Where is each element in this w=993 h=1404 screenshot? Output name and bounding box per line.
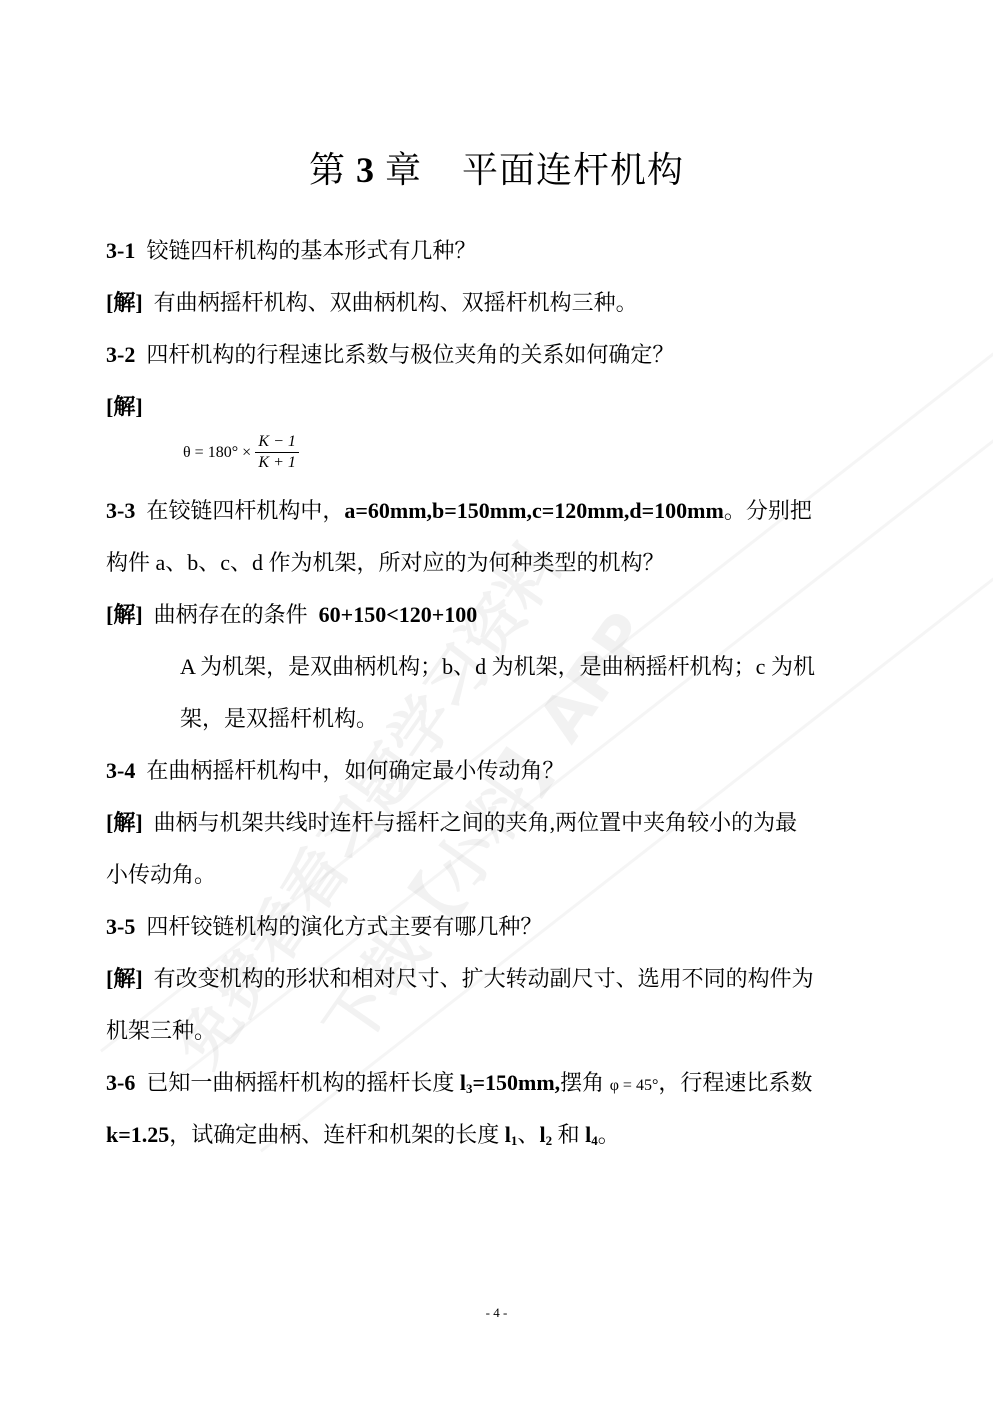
question-3-6: 3-6 已知一曲柄摇杆机构的摇杆长度 l3=150mm,摆角 φ = 45°，行… bbox=[106, 1068, 812, 1104]
formula-fraction: K − 1 K + 1 bbox=[255, 432, 299, 473]
question-label: 3-3 bbox=[106, 498, 135, 523]
answer-text: A 为机架，是双曲柄机构；b、d 为机架，是曲柄摇杆机构；c 为机 bbox=[180, 654, 815, 679]
conjunction: 和 bbox=[558, 1122, 580, 1147]
answer-3-3: [解] 曲柄存在的条件 60+150<120+100 bbox=[106, 600, 477, 630]
answer-text: 机架三种。 bbox=[106, 1018, 216, 1043]
answer-3-5: [解] 有改变机构的形状和相对尺寸、扩大转动副尺寸、选用不同的构件为 bbox=[106, 964, 814, 994]
answer-label: [解] bbox=[106, 394, 143, 419]
answer-text: 曲柄存在的条件 bbox=[154, 602, 308, 627]
chapter-number: 3 bbox=[356, 150, 375, 190]
question-label: 3-1 bbox=[106, 238, 135, 263]
question-label: 3-6 bbox=[106, 1070, 135, 1095]
answer-3-3-line2: A 为机架，是双曲柄机构；b、d 为机架，是曲柄摇杆机构；c 为机 bbox=[180, 652, 815, 682]
formula-times: × bbox=[242, 444, 251, 462]
question-text: ，试确定曲柄、连杆和机架的长度 bbox=[169, 1122, 499, 1147]
answer-3-5-line2: 机架三种。 bbox=[106, 1016, 216, 1046]
question-3-4: 3-4 在曲柄摇杆机构中，如何确定最小传动角？ bbox=[106, 756, 564, 786]
answer-3-4-line2: 小传动角。 bbox=[106, 860, 216, 890]
answer-text: 架，是双摇杆机构。 bbox=[180, 706, 378, 731]
question-3-2: 3-2 四杆机构的行程速比系数与极位夹角的关系如何确定？ bbox=[106, 340, 674, 370]
answer-3-1: [解] 有曲柄摇杆机构、双曲柄机构、双摇杆机构三种。 bbox=[106, 288, 638, 318]
answer-text: 曲柄与机架共线时连杆与摇杆之间的夹角,两位置中夹角较小的为最 bbox=[154, 810, 798, 835]
answer-label: [解] bbox=[106, 966, 143, 991]
question-3-6-line2: k=1.25，试确定曲柄、连杆和机架的长度 l1、l2 和 l4。 bbox=[106, 1120, 620, 1156]
question-3-1: 3-1 铰链四杆机构的基本形式有几种？ bbox=[106, 236, 476, 266]
document-page: 免费看看习题学习资料 下载【小料】APP 第 3 章 平面连杆机构 3-1 铰链… bbox=[0, 0, 993, 1404]
answer-text: 有改变机构的形状和相对尺寸、扩大转动副尺寸、选用不同的构件为 bbox=[154, 966, 814, 991]
answer-3-2: [解] bbox=[106, 392, 143, 422]
var-l1: l1 bbox=[505, 1122, 518, 1147]
formula-lhs: θ = 180° bbox=[183, 444, 238, 462]
chapter-name: 平面连杆机构 bbox=[462, 150, 684, 190]
phi-value: φ = 45° bbox=[610, 1077, 659, 1094]
title-prefix: 第 bbox=[309, 150, 346, 190]
k-value: k=1.25 bbox=[106, 1122, 169, 1147]
question-text: 四杆铰链机构的演化方式主要有哪几种？ bbox=[146, 914, 542, 939]
page-number: - 4 - bbox=[0, 1305, 993, 1321]
separator: 、 bbox=[517, 1122, 539, 1147]
question-text: 在曲柄摇杆机构中，如何确定最小传动角？ bbox=[146, 758, 564, 783]
question-text: 构件 a、b、c、d 作为机架，所对应的为何种类型的机构？ bbox=[106, 550, 665, 575]
var-l4: l4 bbox=[585, 1122, 598, 1147]
question-text: 。分别把 bbox=[724, 498, 812, 523]
question-text: 摆角 bbox=[560, 1070, 604, 1095]
answer-condition: 60+150<120+100 bbox=[319, 602, 478, 627]
question-text: 四杆机构的行程速比系数与极位夹角的关系如何确定？ bbox=[146, 342, 674, 367]
question-text: ，行程速比系数 bbox=[658, 1070, 812, 1095]
var-l2: l2 bbox=[539, 1122, 552, 1147]
formula-theta: θ = 180° × K − 1 K + 1 bbox=[183, 432, 299, 473]
title-suffix: 章 bbox=[385, 150, 422, 190]
answer-3-3-line3: 架，是双摇杆机构。 bbox=[180, 704, 378, 734]
formula-numerator: K − 1 bbox=[256, 432, 297, 452]
question-3-3: 3-3 在铰链四杆机构中，a=60mm,b=150mm,c=120mm,d=10… bbox=[106, 496, 812, 526]
question-label: 3-5 bbox=[106, 914, 135, 939]
answer-3-4: [解] 曲柄与机架共线时连杆与摇杆之间的夹角,两位置中夹角较小的为最 bbox=[106, 808, 797, 838]
answer-label: [解] bbox=[106, 810, 143, 835]
question-text: 已知一曲柄摇杆机构的摇杆长度 bbox=[146, 1070, 454, 1095]
period: 。 bbox=[598, 1122, 620, 1147]
var-l3: l3=150mm, bbox=[460, 1070, 560, 1095]
question-label: 3-4 bbox=[106, 758, 135, 783]
question-text: 铰链四杆机构的基本形式有几种？ bbox=[146, 238, 476, 263]
formula-denominator: K + 1 bbox=[256, 453, 297, 473]
answer-label: [解] bbox=[106, 602, 143, 627]
answer-text: 小传动角。 bbox=[106, 862, 216, 887]
question-3-3-line2: 构件 a、b、c、d 作为机架，所对应的为何种类型的机构？ bbox=[106, 548, 665, 578]
question-text: 在铰链四杆机构中， bbox=[146, 498, 344, 523]
question-label: 3-2 bbox=[106, 342, 135, 367]
question-values: a=60mm,b=150mm,c=120mm,d=100mm bbox=[344, 498, 724, 523]
answer-label: [解] bbox=[106, 290, 143, 315]
question-3-5: 3-5 四杆铰链机构的演化方式主要有哪几种？ bbox=[106, 912, 542, 942]
answer-text: 有曲柄摇杆机构、双曲柄机构、双摇杆机构三种。 bbox=[154, 290, 638, 315]
chapter-title: 第 3 章 平面连杆机构 bbox=[0, 142, 993, 193]
